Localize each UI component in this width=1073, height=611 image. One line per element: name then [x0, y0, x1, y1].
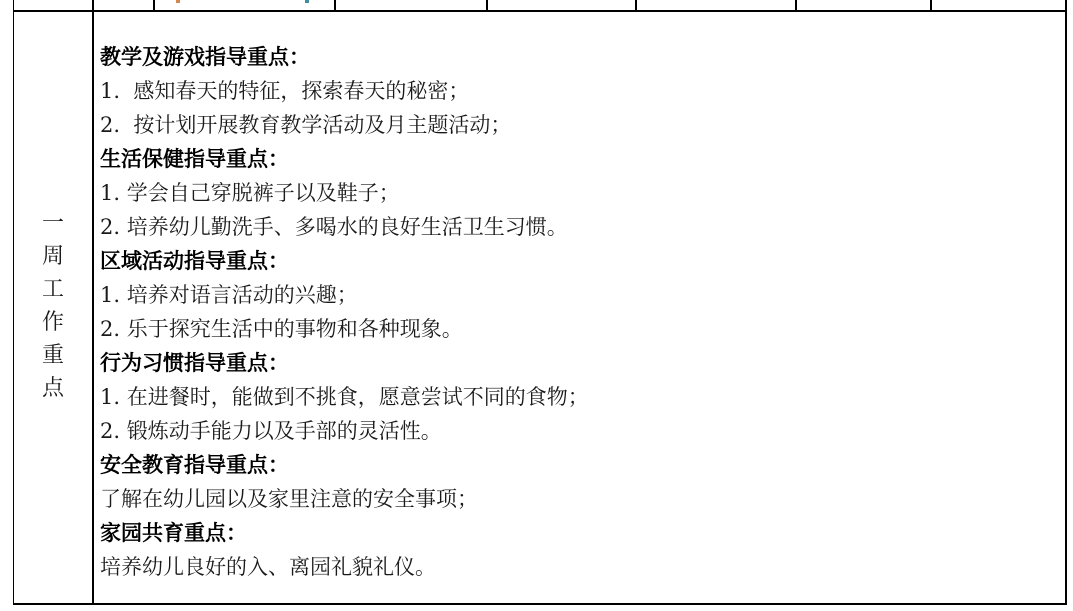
- section-item: 1. 培养对语言活动的兴趣；: [100, 278, 1059, 312]
- weekly-plan-table: 一 周 工 作 重 点 教学及游戏指导重点： 1. 感知春天的特征，探索春天的秘…: [13, 0, 1067, 605]
- section-item: 培养幼儿良好的入、离园礼貌礼仪。: [100, 550, 1059, 584]
- section-item: 1. 感知春天的特征，探索春天的秘密；: [100, 74, 1059, 108]
- truncated-top-row: [14, 0, 1065, 10]
- row-label-char: 点: [42, 378, 64, 400]
- truncated-text-fragment-right: [305, 0, 309, 3]
- row-label-char: 重: [42, 345, 64, 367]
- column-divider-line: [92, 12, 94, 603]
- section-item: 1. 学会自己穿脱裤子以及鞋子；: [100, 176, 1059, 210]
- section-item: 2. 培养幼儿勤洗手、多喝水的良好生活卫生习惯。: [100, 210, 1059, 244]
- top-row-divider-1: [92, 0, 94, 10]
- truncated-text-fragment-left: [176, 0, 180, 3]
- top-row-divider-3: [334, 0, 336, 10]
- row-label-char: 周: [42, 246, 64, 268]
- section-header-teaching: 教学及游戏指导重点：: [100, 40, 1059, 74]
- row-label-char: 工: [42, 279, 64, 301]
- top-row-divider-7: [930, 0, 932, 10]
- row-label-char: 一: [42, 213, 64, 235]
- section-item: 2. 锻炼动手能力以及手部的灵活性。: [100, 414, 1059, 448]
- section-header-home: 家园共育重点：: [100, 516, 1059, 550]
- top-row-divider-5: [635, 0, 637, 10]
- section-item: 了解在幼儿园以及家里注意的安全事项；: [100, 482, 1059, 516]
- top-row-divider-2: [153, 0, 155, 10]
- section-header-safety: 安全教育指导重点：: [100, 448, 1059, 482]
- top-row-divider-4: [486, 0, 488, 10]
- section-header-health: 生活保健指导重点：: [100, 142, 1059, 176]
- section-item: 1. 在进餐时，能做到不挑食，愿意尝试不同的食物；: [100, 380, 1059, 414]
- section-item: 2. 按计划开展教育教学活动及月主题活动；: [100, 108, 1059, 142]
- row-divider-line: [14, 10, 1065, 12]
- top-row-divider-6: [795, 0, 797, 10]
- document-page: 一 周 工 作 重 点 教学及游戏指导重点： 1. 感知春天的特征，探索春天的秘…: [0, 0, 1073, 611]
- section-header-behavior: 行为习惯指导重点：: [100, 346, 1059, 380]
- section-item: 2. 乐于探究生活中的事物和各种现象。: [100, 312, 1059, 346]
- row-label-cell: 一 周 工 作 重 点: [14, 12, 92, 601]
- section-header-area: 区域活动指导重点：: [100, 244, 1059, 278]
- row-content-cell: 教学及游戏指导重点： 1. 感知春天的特征，探索春天的秘密； 2. 按计划开展教…: [100, 40, 1059, 584]
- row-label-char: 作: [42, 312, 64, 334]
